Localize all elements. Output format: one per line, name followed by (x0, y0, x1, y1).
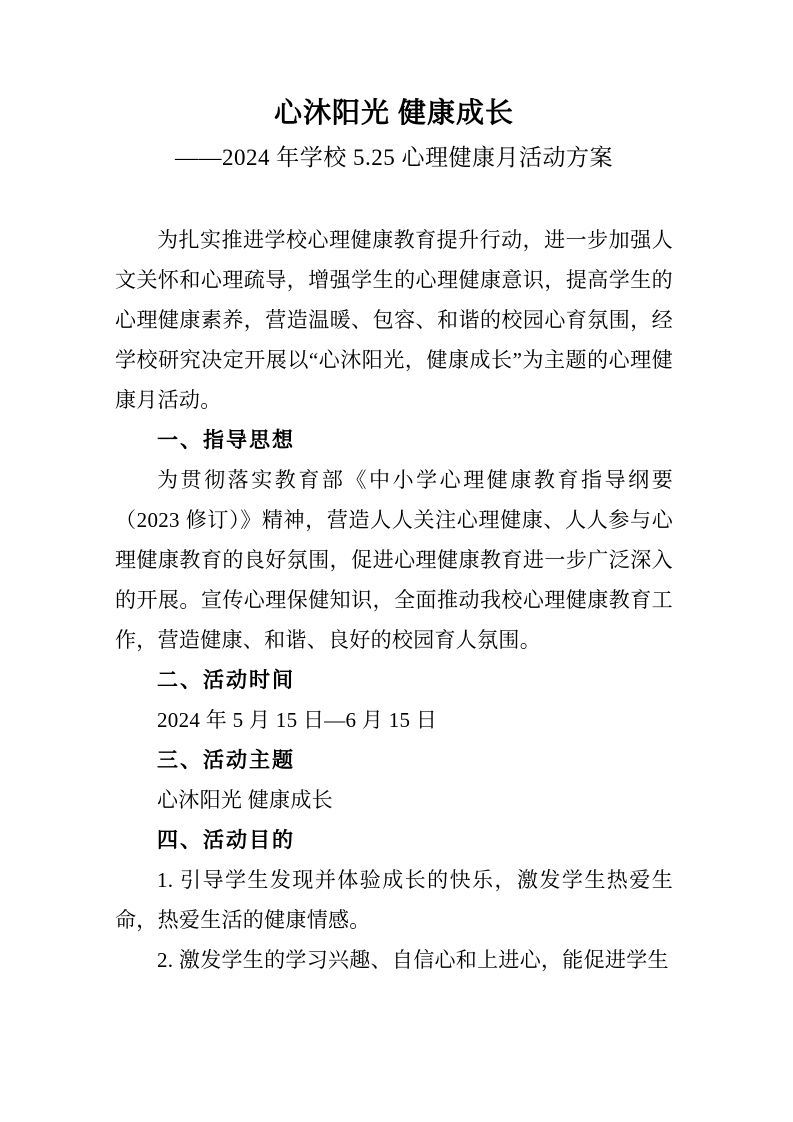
section-heading: 二、活动时间 (115, 660, 673, 700)
document-body: 为扎实推进学校心理健康教育提升行动，进一步加强人文关怀和心理疏导，增强学生的心理… (115, 220, 673, 980)
paragraph: 为扎实推进学校心理健康教育提升行动，进一步加强人文关怀和心理疏导，增强学生的心理… (115, 220, 673, 420)
section-heading: 四、活动目的 (115, 820, 673, 860)
paragraph: 心沐阳光 健康成长 (115, 780, 673, 820)
document-page: 心沐阳光 健康成长 ——2024 年学校 5.25 心理健康月活动方案 为扎实推… (0, 0, 793, 1122)
paragraph: 1. 引导学生发现并体验成长的快乐，激发学生热爱生命，热爱生活的健康情感。 (115, 860, 673, 940)
document-title: 心沐阳光 健康成长 (115, 92, 673, 136)
document-subtitle: ——2024 年学校 5.25 心理健康月活动方案 (115, 136, 673, 180)
paragraph: 2024 年 5 月 15 日—6 月 15 日 (115, 700, 673, 740)
paragraph: 为贯彻落实教育部《中小学心理健康教育指导纲要（2023 修订）》精神，营造人人关… (115, 460, 673, 660)
paragraph: 2. 激发学生的学习兴趣、自信心和上进心，能促进学生 (115, 940, 673, 980)
section-heading: 一、指导思想 (115, 420, 673, 460)
section-heading: 三、活动主题 (115, 740, 673, 780)
